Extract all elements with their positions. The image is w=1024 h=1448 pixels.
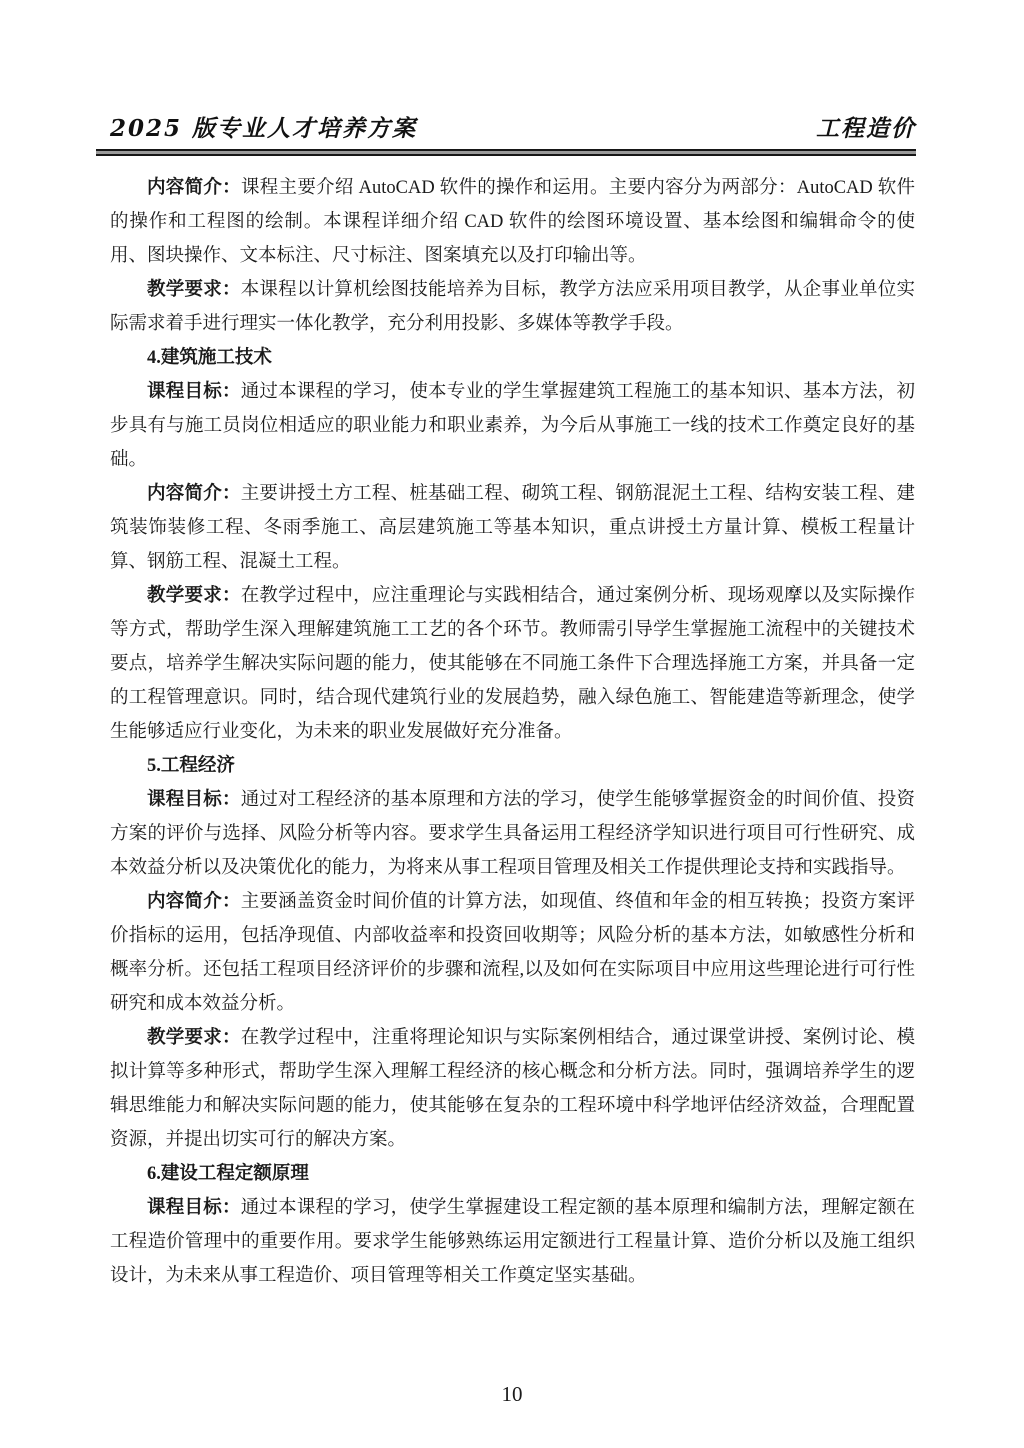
- header-double-rule: [96, 149, 916, 156]
- body-paragraph: 教学要求：本课程以计算机绘图技能培养为目标，教学方法应采用项目教学，从企事业单位…: [110, 273, 915, 341]
- paragraph-label: 课程目标：: [147, 1198, 241, 1218]
- section-heading: 5.工程经济: [110, 749, 915, 783]
- document-body: 内容简介：课程主要介绍 AutoCAD 软件的操作和运用。主要内容分为两部分：A…: [110, 171, 915, 1293]
- body-paragraph: 内容简介：课程主要介绍 AutoCAD 软件的操作和运用。主要内容分为两部分：A…: [110, 171, 915, 273]
- section-heading: 6.建设工程定额原理: [110, 1157, 915, 1191]
- header-right-title: 工程造价: [816, 114, 916, 144]
- body-paragraph: 内容简介：主要讲授土方工程、桩基础工程、砌筑工程、钢筋混泥土工程、结构安装工程、…: [110, 477, 915, 579]
- paragraph-label: 课程目标：: [147, 382, 241, 402]
- page-header: 2025 版专业人才培养方案 工程造价: [110, 114, 916, 144]
- section-heading: 4.建筑施工技术: [110, 341, 915, 375]
- paragraph-label: 课程目标：: [147, 790, 241, 810]
- body-paragraph: 教学要求：在教学过程中，注重将理论知识与实际案例相结合，通过课堂讲授、案例讨论、…: [110, 1021, 915, 1157]
- document-page: 2025 版专业人才培养方案 工程造价 内容简介：课程主要介绍 AutoCAD …: [0, 0, 1024, 1448]
- paragraph-label: 教学要求：: [147, 280, 241, 300]
- paragraph-label: 教学要求：: [147, 586, 241, 606]
- header-left-title: 2025 版专业人才培养方案: [110, 114, 417, 144]
- body-paragraph: 内容简介：主要涵盖资金时间价值的计算方法，如现值、终值和年金的相互转换；投资方案…: [110, 885, 915, 1021]
- paragraph-text: 在教学过程中，应注重理论与实践相结合，通过案例分析、现场观摩以及实际操作等方式，…: [110, 586, 915, 742]
- page-footer: 10: [0, 1382, 1024, 1407]
- body-paragraph: 课程目标：通过对工程经济的基本原理和方法的学习，使学生能够掌握资金的时间价值、投…: [110, 783, 915, 885]
- body-paragraph: 教学要求：在教学过程中，应注重理论与实践相结合，通过案例分析、现场观摩以及实际操…: [110, 579, 915, 749]
- body-paragraph: 课程目标：通过本课程的学习，使本专业的学生掌握建筑工程施工的基本知识、基本方法，…: [110, 375, 915, 477]
- page-number: 10: [502, 1382, 523, 1406]
- body-paragraph: 课程目标：通过本课程的学习，使学生掌握建设工程定额的基本原理和编制方法，理解定额…: [110, 1191, 915, 1293]
- paragraph-label: 内容简介：: [147, 178, 241, 198]
- paragraph-label: 教学要求：: [147, 1028, 241, 1048]
- paragraph-label: 内容简介：: [147, 484, 241, 504]
- paragraph-label: 内容简介：: [147, 892, 241, 912]
